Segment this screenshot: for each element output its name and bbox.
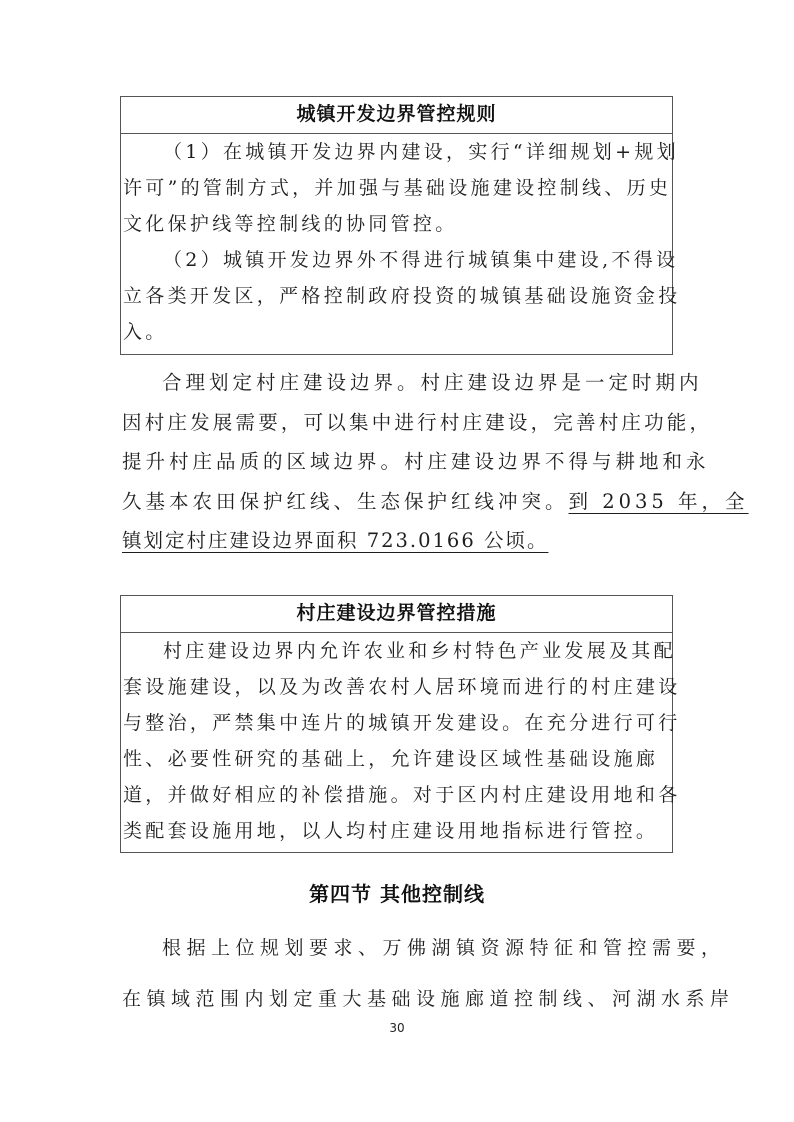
box-text-line: 套设施建设，以及为改善农村人居环境而进行的村庄建设 bbox=[123, 669, 670, 705]
box-title: 村庄建设边界管控措施 bbox=[121, 596, 672, 633]
body-text-line: 合理划定村庄建设边界。村庄建设边界是一定时期内 bbox=[122, 363, 682, 403]
measures-box-village-boundary: 村庄建设边界管控措施 村庄建设边界内允许农业和乡村特色产业发展及其配 套设施建设… bbox=[120, 595, 673, 853]
paragraph-other-control-lines: 根据上位规划要求、万佛湖镇资源特征和管控需要， 在镇域范围内划定重大基础设施廊道… bbox=[122, 930, 692, 1032]
body-text-plain: 久基本农田保护红线、生态保护红线冲突。 bbox=[122, 490, 569, 513]
body-text-line: 镇划定村庄建设边界面积 723.0166 公顷。 bbox=[122, 521, 682, 561]
body-text-line: 因村庄发展需要，可以集中进行村庄建设，完善村庄功能， bbox=[122, 403, 682, 443]
box-text-line: 许可”的管制方式，并加强与基础设施建设控制线、历史 bbox=[123, 170, 670, 206]
box-text-line: 性、必要性研究的基础上，允许建设区域性基础设施廊 bbox=[123, 741, 670, 777]
box-text-line: （1）在城镇开发边界内建设，实行“详细规划+规划 bbox=[123, 134, 670, 170]
box-text-line: 立各类开发区，严格控制政府投资的城镇基础设施资金投 bbox=[123, 278, 670, 314]
section-heading: 第四节 其他控制线 bbox=[0, 878, 794, 907]
box-text-line: 入。 bbox=[123, 314, 670, 350]
body-text-line: 久基本农田保护红线、生态保护红线冲突。到 2035 年，全 bbox=[122, 482, 682, 522]
box-body: （1）在城镇开发边界内建设，实行“详细规划+规划 许可”的管制方式，并加强与基础… bbox=[121, 134, 672, 350]
box-text-line: 类配套设施用地，以人均村庄建设用地指标进行管控。 bbox=[123, 813, 670, 849]
box-text-line: 道，并做好相应的补偿措施。对于区内村庄建设用地和各 bbox=[123, 777, 670, 813]
paragraph-village-boundary: 合理划定村庄建设边界。村庄建设边界是一定时期内 因村庄发展需要，可以集中进行村庄… bbox=[122, 363, 682, 561]
page-number: 30 bbox=[0, 1021, 794, 1035]
body-text-line: 根据上位规划要求、万佛湖镇资源特征和管控需要， bbox=[122, 930, 692, 981]
box-text-line: 文化保护线等控制线的协同管控。 bbox=[123, 206, 670, 242]
box-text-line: 与整治，严禁集中连片的城镇开发建设。在充分进行可行 bbox=[123, 705, 670, 741]
underlined-text: 镇划定村庄建设边界面积 723.0166 公顷。 bbox=[122, 529, 548, 552]
box-body: 村庄建设边界内允许农业和乡村特色产业发展及其配 套设施建设，以及为改善农村人居环… bbox=[121, 633, 672, 849]
box-text-line: （2）城镇开发边界外不得进行城镇集中建设,不得设 bbox=[123, 242, 670, 278]
rules-box-urban-boundary: 城镇开发边界管控规则 （1）在城镇开发边界内建设，实行“详细规划+规划 许可”的… bbox=[120, 96, 673, 355]
box-text-line: 村庄建设边界内允许农业和乡村特色产业发展及其配 bbox=[123, 633, 670, 669]
underlined-text: 到 2035 年，全 bbox=[569, 490, 749, 513]
box-title: 城镇开发边界管控规则 bbox=[121, 97, 672, 134]
body-text-line: 提升村庄品质的区域边界。村庄建设边界不得与耕地和永 bbox=[122, 442, 682, 482]
